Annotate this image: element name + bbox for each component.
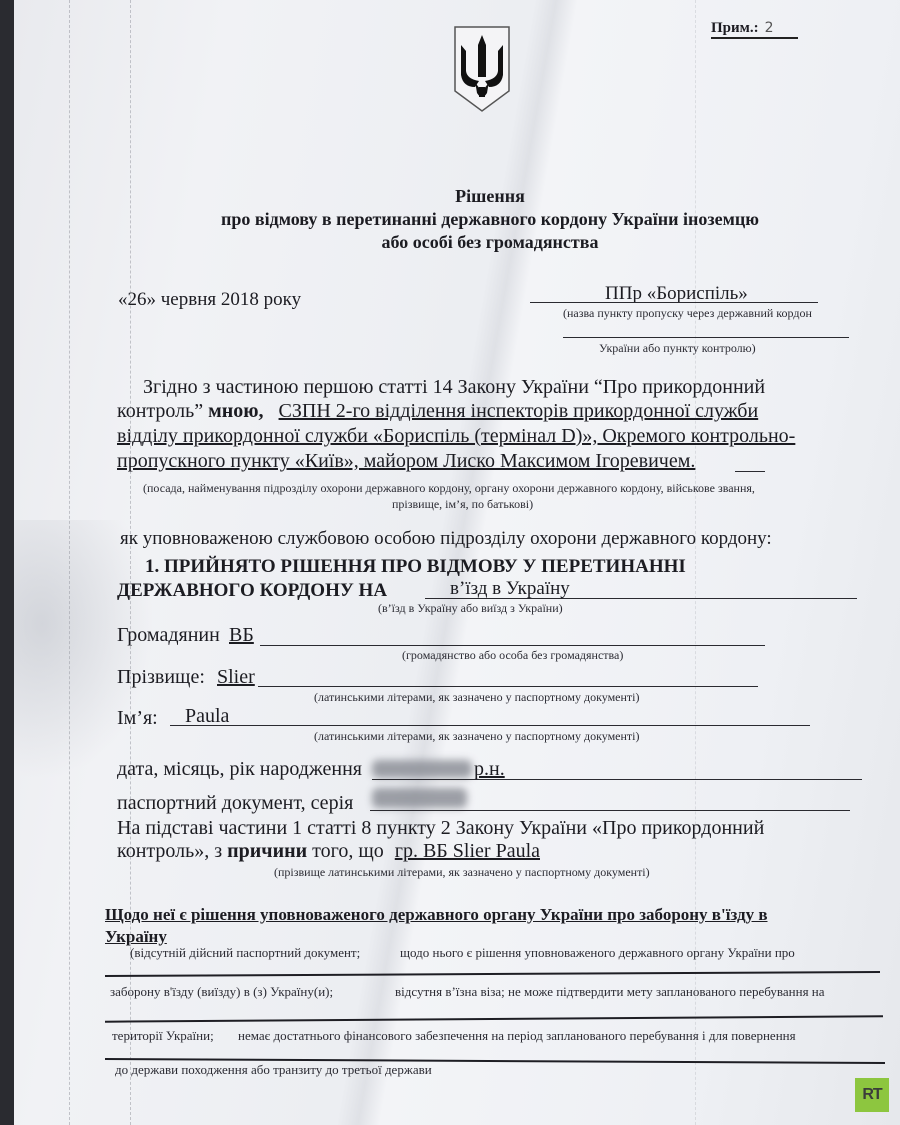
intro-line-1: Згідно з частиною першою статті 14 Закон… (143, 376, 765, 399)
citizenship-value: ВБ (229, 624, 254, 647)
note-number: Прим.:2 (711, 20, 798, 39)
note-value: 2 (765, 20, 774, 36)
decision-line-1: 1. ПРИЙНЯТО РІШЕННЯ ПРО ВІДМОВУ У ПЕРЕТИ… (145, 556, 686, 578)
authorized-officer-text: як уповноваженою службовою особою підроз… (120, 528, 772, 550)
surname-label: Прізвище: (117, 666, 205, 689)
reason-option: (відсутній дійсний паспортний документ; (130, 945, 360, 961)
rt-watermark-logo: RT (855, 1078, 889, 1112)
surname-hint: (латинськими літерами, як зазначено у па… (314, 690, 640, 705)
direction-hint: (в’їзд в Україну або виїзд з України) (378, 601, 563, 616)
intro-line-3: відділу прикордонної служби «Бориспіль (… (117, 425, 795, 448)
reason-option: до держави походження або транзиту до тр… (115, 1062, 432, 1078)
fill-underline (735, 471, 765, 472)
refusal-reason-2: Україну (105, 927, 167, 947)
surname-underline (258, 686, 758, 687)
reason-option: немає достатнього фінансового забезпечен… (238, 1028, 796, 1044)
name-label: Ім’я: (117, 707, 158, 730)
checkpoint-underline-2 (563, 337, 849, 338)
dob-label: дата, місяць, рік народження (117, 758, 362, 781)
reason-option: щодо нього є рішення уповноваженого держ… (400, 945, 795, 961)
intro-hint: (посада, найменування підрозділу охорони… (143, 481, 755, 496)
refusal-reason: Щодо неї є рішення уповноваженого держав… (105, 905, 768, 925)
reason-subject: гр. ВБ Slier Paula (395, 840, 540, 862)
reason-option: території України; (112, 1028, 214, 1044)
decision-date: «26» червня 2018 року (118, 289, 301, 311)
page-title: Рішення (150, 186, 830, 207)
title-line-2: про відмову в перетинанні державного кор… (150, 209, 830, 230)
direction-value: в’їзд в Україну (450, 578, 570, 600)
trident-emblem-icon (453, 25, 511, 113)
paper-shadow (14, 520, 154, 780)
citizenship-hint: (громадянство або особа без громадянства… (402, 648, 623, 663)
redacted-dob (372, 760, 472, 778)
dob-underline (372, 779, 862, 780)
intro-hint-2: прізвище, ім’я, по батькові) (392, 497, 533, 512)
citizenship-underline (260, 645, 765, 646)
basis-line-2: контроль», з причини того, що гр. ВБ Sli… (117, 840, 540, 863)
note-label: Прим.: (711, 20, 759, 36)
intro-line-2: контроль” мною, СЗПН 2-го відділення інс… (117, 400, 758, 423)
basis-line-1: На підставі частини 1 статті 8 пункту 2 … (117, 817, 764, 840)
officer-name-line: пропускного пункту «Київ», майором Лиско… (117, 450, 695, 473)
checkpoint-hint-2: України або пункту контролю) (599, 341, 756, 356)
reason-option: заборону в'їзду (виїзду) в (з) Україну(и… (110, 984, 333, 1000)
officer-position: СЗПН 2-го відділення інспекторів прикорд… (279, 400, 759, 422)
checkpoint-underline (530, 302, 818, 303)
passport-label: паспортний документ, серія (117, 792, 353, 815)
dob-suffix: р.н. (474, 758, 505, 781)
checkpoint-hint: (назва пункту пропуску через державний к… (563, 306, 812, 321)
basis-hint: (прізвище латинськими літерами, як зазна… (274, 865, 650, 880)
decision-line-2: ДЕРЖАВНОГО КОРДОНУ НА (117, 580, 387, 602)
passport-underline (370, 810, 850, 811)
title-line-3: або особі без громадянства (150, 232, 830, 253)
reason-option: не може підтвердити мету запланованого п… (508, 984, 825, 1000)
redacted-passport (372, 788, 467, 808)
name-underline (170, 725, 810, 726)
name-hint: (латинськими літерами, як зазначено у па… (314, 729, 640, 744)
surname-value: Slier (217, 666, 255, 689)
reason-option: відсутня в’їзна віза; (395, 984, 505, 1000)
citizenship-label: Громадянин (117, 624, 220, 647)
